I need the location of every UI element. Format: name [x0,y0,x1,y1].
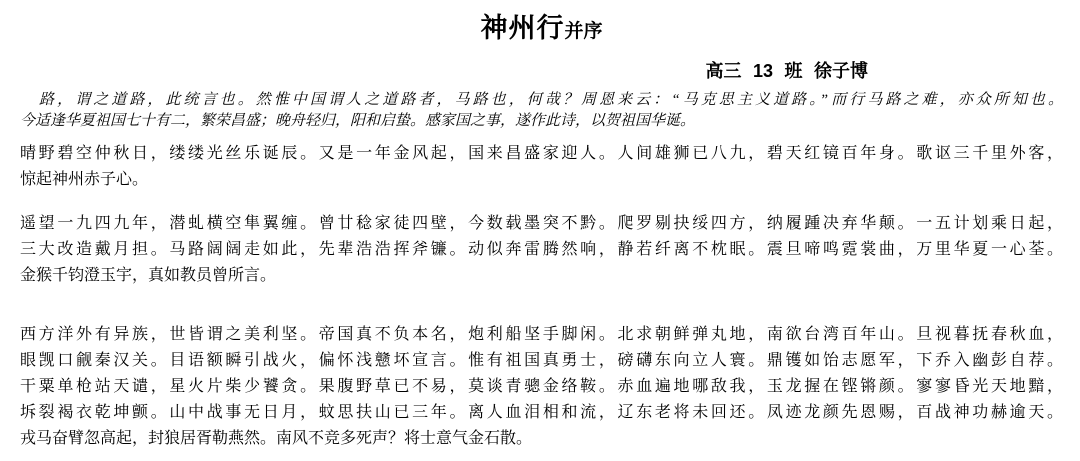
poem-title: 神州行 [480,13,564,43]
page-title: 神州行并序 [20,10,1063,51]
poem-line: 西方洋外有异族，世皆谓之美利坚。帝国真不负本名，炮利船坚手脚闲。北求朝鲜弹丸地，… [20,322,1063,348]
document-page: 神州行并序 高三 13 班 徐子博 路，谓之道路，此统言也。然惟中国谓人之道路者… [0,0,1080,461]
poem-subtitle: 并序 [564,21,602,42]
preface: 路，谓之道路，此统言也。然惟中国谓人之道路者，马路也，何哉？周恩来云：“马克思主… [20,90,1063,132]
preface-line: 今适逢华夏祖国七十有二，繁荣昌盛；晚舟轻归，阳和启蛰。感家国之事，遂作此诗，以贺… [20,111,1063,132]
stanza-2: 遥望一九四九年，潜虬横空隼翼缠。曾廿稔家徒四壁，今数载墨突不黔。爬罗剔抉绥四方，… [20,211,1063,289]
byline-grade: 高三 [705,61,741,81]
poem-line: 惊起神州赤子心。 [20,167,1063,193]
poem-line: 坼裂褐衣乾坤颤。山中战事无日月，蚊思扶山已三年。离人血泪相和流，辽东老将未回还。… [20,400,1063,426]
poem-line: 干粟单枪站天谴，星火片柴少饕贪。果腹野草已不易，莫谈青骢金络鞍。赤血遍地哪敌我，… [20,374,1063,400]
byline: 高三 13 班 徐子博 [20,60,1063,83]
poem-line: 戎马奋臂忽高起，封狼居胥勒燕然。南风不竞多死声？将士意气金石散。 [20,426,1063,452]
byline-author: 徐子博 [814,61,868,81]
preface-line: 路，谓之道路，此统言也。然惟中国谓人之道路者，马路也，何哉？周恩来云：“马克思主… [20,90,1063,111]
poem-line: 三大改造戴月担。马路阔阔走如此，先辈浩浩挥斧镰。动似奔雷腾然响，静若纤离不枕眠。… [20,237,1063,263]
stanza-1: 晴野碧空仲秋日，缕缕光丝乐诞辰。又是一年金风起，国来昌盛家迎人。人间雄狮已八九，… [20,141,1063,193]
poem-line: 遥望一九四九年，潜虬横空隼翼缠。曾廿稔家徒四壁，今数载墨突不黔。爬罗剔抉绥四方，… [20,211,1063,237]
stanza-3: 西方洋外有异族，世皆谓之美利坚。帝国真不负本名，炮利船坚手脚闲。北求朝鲜弹丸地，… [20,322,1063,452]
poem-line: 眼觊口觎秦汉关。目语额瞬引战火，偏怀浅戆坏宣言。惟有祖国真勇士，磅礴东向立人寰。… [20,348,1063,374]
byline-class-word: 班 [785,61,803,81]
poem-line: 晴野碧空仲秋日，缕缕光丝乐诞辰。又是一年金风起，国来昌盛家迎人。人间雄狮已八九，… [20,141,1063,167]
poem-line: 金猴千钧澄玉宇，真如教员曾所言。 [20,263,1063,289]
byline-class-number: 13 [753,61,773,81]
